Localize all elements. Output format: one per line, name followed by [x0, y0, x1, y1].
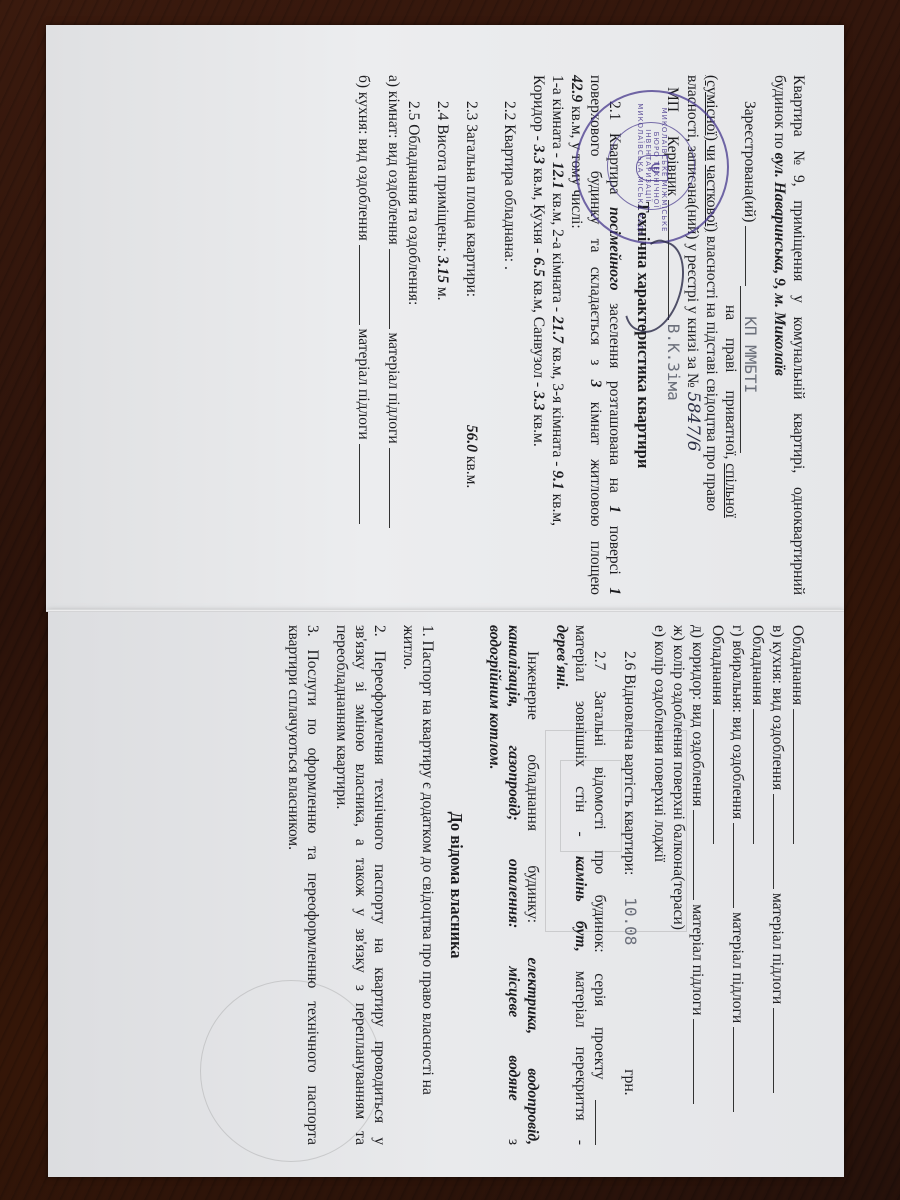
trident-emblem-icon: Ψ [636, 155, 668, 181]
balcony-line: ж) колір оздоблення поверхні балкона(тер… [669, 625, 688, 1145]
total-area-value: 56.0 [463, 425, 480, 452]
loggia-line: е) колір оздоблення поверхні лоджії [650, 625, 669, 1145]
living-area-value: 42.9 [568, 75, 585, 102]
s27-line1: 2.7 Загальні відомості про будинок: сері… [590, 625, 610, 1145]
s27-line3: дерев'яні. [552, 625, 571, 1145]
equip-line-1: Обладнання [788, 625, 808, 1145]
engineering-line1: Інженерне обладнання будинку: електрика,… [523, 625, 542, 1145]
s27-line2: матеріал зовнішніх стін - камінь бут, ма… [571, 625, 590, 1145]
restored-value: 10.08 [621, 897, 640, 945]
bottom-page-content: Обладнання в) кухня: вид оздоблення мате… [108, 625, 808, 1145]
street-address: вул. Наваринська, 9, м. Миколаїв [771, 153, 788, 376]
note-1-line1: 1. Паспорт на квартиру є додатком до сві… [418, 625, 437, 1145]
head-name: В.К.Зіма [664, 324, 683, 401]
intro-line: Квартира №9, приміщення у комунальній кв… [789, 75, 808, 595]
s23-line: 2.3 Загальна площа квартири: 56.0 кв.м. [462, 75, 481, 595]
official-stamp: МИКОЛАЇВСЬКЕ МІЖМІСЬКЕ БЮРО ТЕХНІЧНОЇ ІН… [575, 90, 729, 244]
register-number: 5847/6 [683, 392, 703, 452]
stamp-text: МИКОЛАЇВСЬКЕ МІЖМІСЬКЕ БЮРО ТЕХНІЧНОЇ ІН… [636, 103, 668, 237]
s26-line: 2.6 Відновлена вартість квартири: 10.08 … [620, 625, 640, 1145]
note-3-line1: 3. Послуги по оформленню та переоформлен… [303, 625, 322, 1145]
corridor-line: д) коридор: вид оздоблення матеріал підл… [688, 625, 708, 1145]
equip-line-2: Обладнання [748, 625, 768, 1145]
rooms-line: 1-а кімната - 12.1 кв.м, 2-а кімната - 2… [548, 75, 567, 595]
s22-line: 2.2 Квартира обладнана: . [500, 75, 519, 595]
s25-line: 2.5 Обладнання та оздоблення: [404, 75, 423, 595]
note-3-line2: квартири сплачуються власником. [284, 625, 303, 1145]
note-2-line3: переобладнанням квартири. [332, 625, 351, 1145]
registrar-stamp-text: КП ММБТІ [740, 286, 760, 453]
owner-notice-title: До відома власника [447, 625, 466, 1145]
s24-line: 2.4 Висота приміщень: 3.15 м. [433, 75, 452, 595]
s25b-line: б) кухня: вид оздоблення матеріал підлог… [354, 75, 374, 595]
engineering-line2: каналізація, газопровід; опалення: місце… [504, 625, 523, 1145]
page-fold [46, 609, 844, 612]
address-line: будинок по вул. Наваринська, 9, м. Микол… [770, 75, 789, 595]
toilet-line: г) вбиральня: вид оздоблення матеріал пі… [728, 625, 748, 1145]
note-2-line1: 2. Переоформлення технічного паспорту на… [370, 625, 389, 1145]
registered-line: Зареєстрована(ий) КП ММБТІ [740, 75, 760, 595]
ceiling-height-value: 3.15 [434, 256, 451, 283]
engineering-line3: водогрійним котлом. [485, 625, 504, 1145]
note-2-line2: зв'язку зі зміною власника, а також у зв… [351, 625, 370, 1145]
s25a-line: а) кімнат: вид оздоблення матеріал підло… [384, 75, 404, 595]
note-1-line2: житло. [399, 625, 418, 1145]
aux-rooms-line: Коридор - 3.3 кв.м, Кухня - 6.5 кв.м, Са… [529, 75, 548, 595]
equip-line-3: Обладнання [708, 625, 728, 1145]
kitchen-line: в) кухня: вид оздоблення матеріал підлог… [768, 625, 788, 1145]
